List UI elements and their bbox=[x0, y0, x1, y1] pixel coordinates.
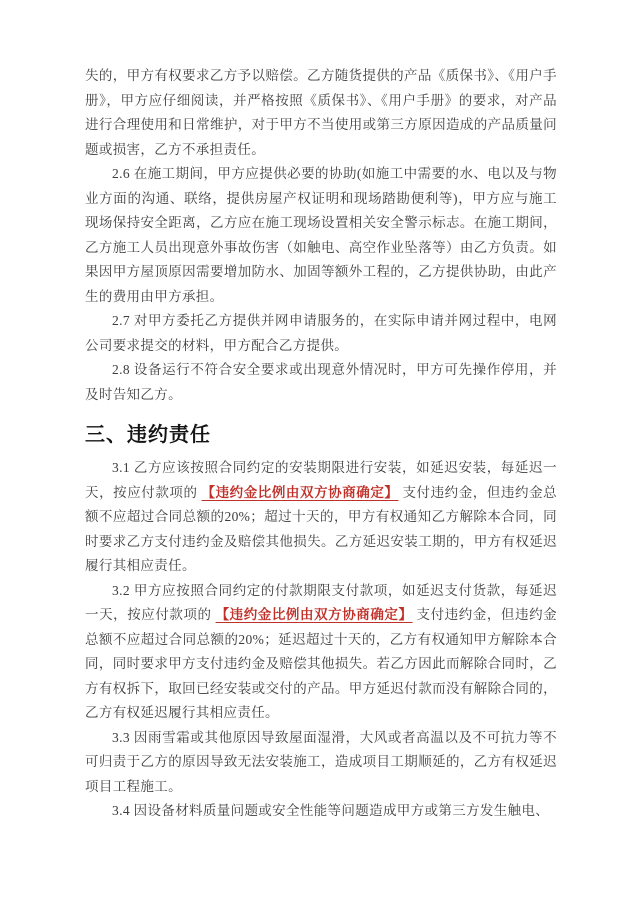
clause-2-7: 2.7 对甲方委托乙方提供并网申请服务的，在实际申请并网过程中，电网公司要求提交… bbox=[85, 309, 557, 358]
section-heading-breach-liability: 三、违约责任 bbox=[85, 422, 557, 448]
clause-3-2: 3.2 甲方应按照合同约定的付款期限支付款项，如延迟支付货款，每延迟一天，按应付… bbox=[85, 579, 557, 726]
penalty-ratio-placeholder: 【违约金比例由双方协商确定】 bbox=[216, 607, 413, 622]
document-body: 失的，甲方有权要求乙方予以赔偿。乙方随货提供的产品《质保书》、《用户手册》，甲方… bbox=[85, 64, 557, 824]
clause-text: 2.8 设备运行不符合安全要求或出现意外情况时，甲方可先操作停用，并及时告知乙方… bbox=[85, 362, 557, 402]
clause-2-6: 2.6 在施工期间，甲方应提供必要的协助(如施工中需要的水、电以及与物业方面的沟… bbox=[85, 162, 557, 309]
clause-text: 支付违约金，但违约金总额不应超过合同总额的20%；延迟超过十天的，乙方有权通知甲… bbox=[85, 607, 557, 720]
clause-3-1: 3.1 乙方应该按照合同约定的安装期限进行安装，如延迟安装，每延迟一天，按应付款… bbox=[85, 456, 557, 579]
clause-text: 3.3 因雨雪霜或其他原因导致屋面湿滑，大风或者高温以及不可抗力等不可归责于乙方… bbox=[85, 730, 557, 794]
clause-2-8: 2.8 设备运行不符合安全要求或出现意外情况时，甲方可先操作停用，并及时告知乙方… bbox=[85, 358, 557, 407]
penalty-ratio-placeholder: 【违约金比例由双方协商确定】 bbox=[202, 485, 399, 500]
clause-text: 2.7 对甲方委托乙方提供并网申请服务的，在实际申请并网过程中，电网公司要求提交… bbox=[85, 313, 557, 353]
clause-text: 3.4 因设备材料质量问题或安全性能等问题造成甲方或第三方发生触电、 bbox=[112, 803, 549, 818]
contract-document-page: 失的，甲方有权要求乙方予以赔偿。乙方随货提供的产品《质保书》、《用户手册》，甲方… bbox=[0, 0, 640, 905]
clause-3-4: 3.4 因设备材料质量问题或安全性能等问题造成甲方或第三方发生触电、 bbox=[85, 799, 557, 824]
clause-continuation-paragraph: 失的，甲方有权要求乙方予以赔偿。乙方随货提供的产品《质保书》、《用户手册》，甲方… bbox=[85, 64, 557, 162]
clause-text: 2.6 在施工期间，甲方应提供必要的协助(如施工中需要的水、电以及与物业方面的沟… bbox=[85, 166, 557, 304]
clause-text: 失的，甲方有权要求乙方予以赔偿。乙方随货提供的产品《质保书》、《用户手册》，甲方… bbox=[85, 68, 557, 157]
clause-3-3: 3.3 因雨雪霜或其他原因导致屋面湿滑，大风或者高温以及不可抗力等不可归责于乙方… bbox=[85, 726, 557, 800]
